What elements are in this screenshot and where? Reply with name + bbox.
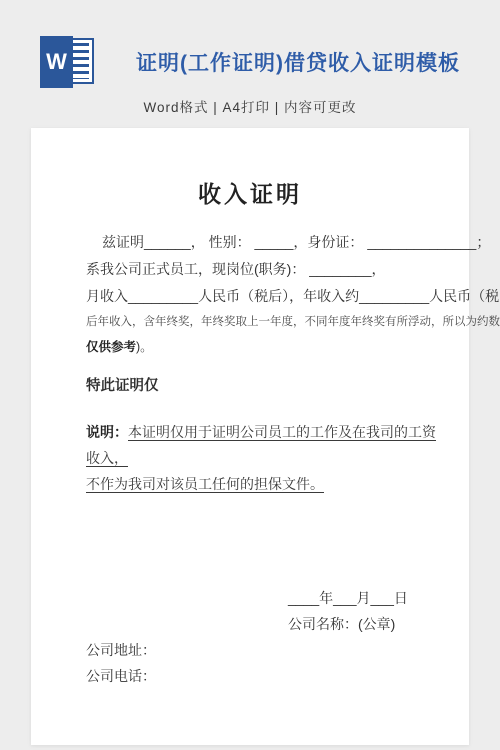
template-title: 证明(工作证明)借贷收入证明模板	[136, 47, 460, 77]
statement-label: 说明：	[86, 424, 128, 440]
statement-line-2: 不作为我司对该员工任何的担保文件。	[86, 471, 439, 497]
template-header: W 证明(工作证明)借贷收入证明模板 Word格式 | A4打印 | 内容可更改	[0, 0, 500, 116]
company-phone-line: 公司电话：	[86, 663, 439, 689]
document-body: 兹证明______， 性别： _____，身份证： ______________…	[86, 229, 439, 360]
word-icon: W	[40, 36, 96, 88]
header-title-row: W 证明(工作证明)借贷收入证明模板	[0, 36, 500, 88]
body-line-2: 系我公司正式员工，现岗位(职务)： ________，	[86, 256, 439, 283]
document-title: 收入证明	[86, 176, 414, 209]
body-note-bold-line: 仅供参考)。	[86, 335, 439, 360]
note-bold-text: 仅供参考	[86, 340, 136, 354]
body-line-1: 兹证明______， 性别： _____，身份证： ______________…	[86, 229, 439, 256]
company-contact-block: 公司地址： 公司电话：	[86, 637, 439, 689]
body-note-small: 后年收入，含年终奖，年终奖取上一年度，不同年度年终奖有所浮动，所以为约数，	[86, 310, 439, 335]
note-tail: )。	[136, 340, 153, 354]
statement-line-1: 说明：本证明仅用于证明公司员工的工作及在我司的工资收入，	[86, 419, 439, 471]
statement-section: 说明：本证明仅用于证明公司员工的工作及在我司的工资收入， 不作为我司对该员工任何…	[86, 419, 439, 497]
company-name-line: 公司名称：(公章)	[288, 611, 439, 637]
hereby-line: 特此证明仅	[86, 374, 439, 395]
statement-text-1: 本证明仅用于证明公司员工的工作及在我司的工资收入，	[86, 424, 436, 466]
document-page: 收入证明 兹证明______， 性别： _____，身份证： _________…	[31, 128, 469, 745]
body-line-3: 月收入_________人民币（税后），年收入约_________人民币（税	[86, 283, 439, 310]
company-address-line: 公司地址：	[86, 637, 439, 663]
word-icon-letter: W	[40, 36, 73, 88]
statement-text-2: 不作为我司对该员工任何的担保文件。	[86, 476, 324, 492]
signature-block: ____年___月___日 公司名称：(公章)	[288, 585, 439, 637]
date-line: ____年___月___日	[288, 585, 439, 611]
template-subtitle: Word格式 | A4打印 | 内容可更改	[0, 96, 500, 116]
